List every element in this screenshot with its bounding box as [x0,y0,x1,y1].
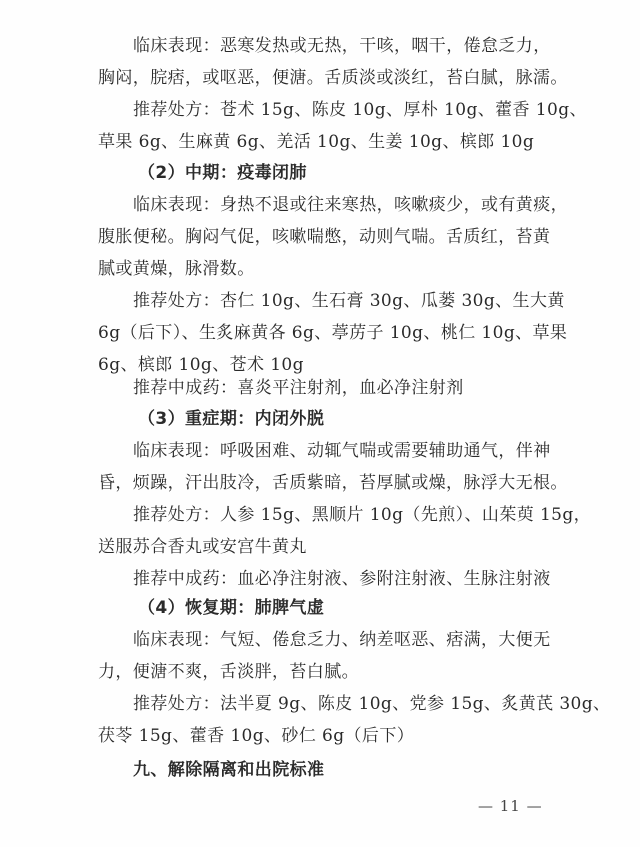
prescription-severe: 推荐处方：人参 15g、黑顺片 10g（先煎）、山茱萸 15g， [133,505,563,525]
patent-medicine-severe: 推荐中成药：血必净注射液、参附注射液、生脉注射液 [133,569,563,589]
heading-middle-stage: （2）中期：疫毒闭肺 [138,163,600,183]
heading-severe-stage: （3）重症期：内闭外脱 [138,409,600,429]
clinical-manifestation-early: 临床表现：恶寒发热或无热，干咳，咽干，倦怠乏力， [133,36,563,56]
text-line: 6g（后下）、生炙麻黄各 6g、葶苈子 10g、桃仁 10g、草果 [98,323,560,343]
clinical-manifestation-middle: 临床表现：身热不退或往来寒热，咳嗽痰少，或有黄痰， [133,195,563,215]
text-line: 昏，烦躁，汗出肢冷，舌质紫暗，苔厚腻或燥，脉浮大无根。 [98,473,560,493]
text-line: 胸闷，脘痞，或呕恶，便溏。舌质淡或淡红，苔白腻，脉濡。 [98,68,560,88]
text-line: 茯苓 15g、藿香 10g、砂仁 6g（后下） [98,726,560,746]
text-line: 腹胀便秘。胸闷气促，咳嗽喘憋，动则气喘。舌质红，苔黄 [98,227,560,247]
text-line: 6g、槟郎 10g、苍术 10g [98,355,560,375]
prescription-middle: 推荐处方：杏仁 10g、生石膏 30g、瓜蒌 30g、生大黄 [133,291,563,311]
clinical-manifestation-severe: 临床表现：呼吸困难、动辄气喘或需要辅助通气，伴神 [133,441,563,461]
text-line: 送服苏合香丸或安宫牛黄丸 [98,537,560,557]
heading-recovery-stage: （4）恢复期：肺脾气虚 [138,598,600,618]
prescription-recovery: 推荐处方：法半夏 9g、陈皮 10g、党参 15g、炙黄芪 30g、 [133,694,563,714]
text-line: 力，便溏不爽，舌淡胖，苔白腻。 [98,662,560,682]
patent-medicine-middle: 推荐中成药：喜炎平注射剂，血必净注射剂 [133,378,563,398]
text-line: 草果 6g、生麻黄 6g、羌活 10g、生姜 10g、槟郎 10g [98,132,560,152]
page-number: — 11 — [478,797,543,815]
text-line: 腻或黄燥，脉滑数。 [98,259,560,279]
clinical-manifestation-recovery: 临床表现：气短、倦怠乏力、纳差呕恶、痞满，大便无 [133,630,563,650]
document-page: 临床表现：恶寒发热或无热，干咳，咽干，倦怠乏力， 胸闷，脘痞，或呕恶，便溏。舌质… [0,0,640,847]
prescription-early: 推荐处方：苍术 15g、陈皮 10g、厚朴 10g、藿香 10g、 [133,100,563,120]
section-heading-discharge-criteria: 九、解除隔离和出院标准 [133,760,595,780]
